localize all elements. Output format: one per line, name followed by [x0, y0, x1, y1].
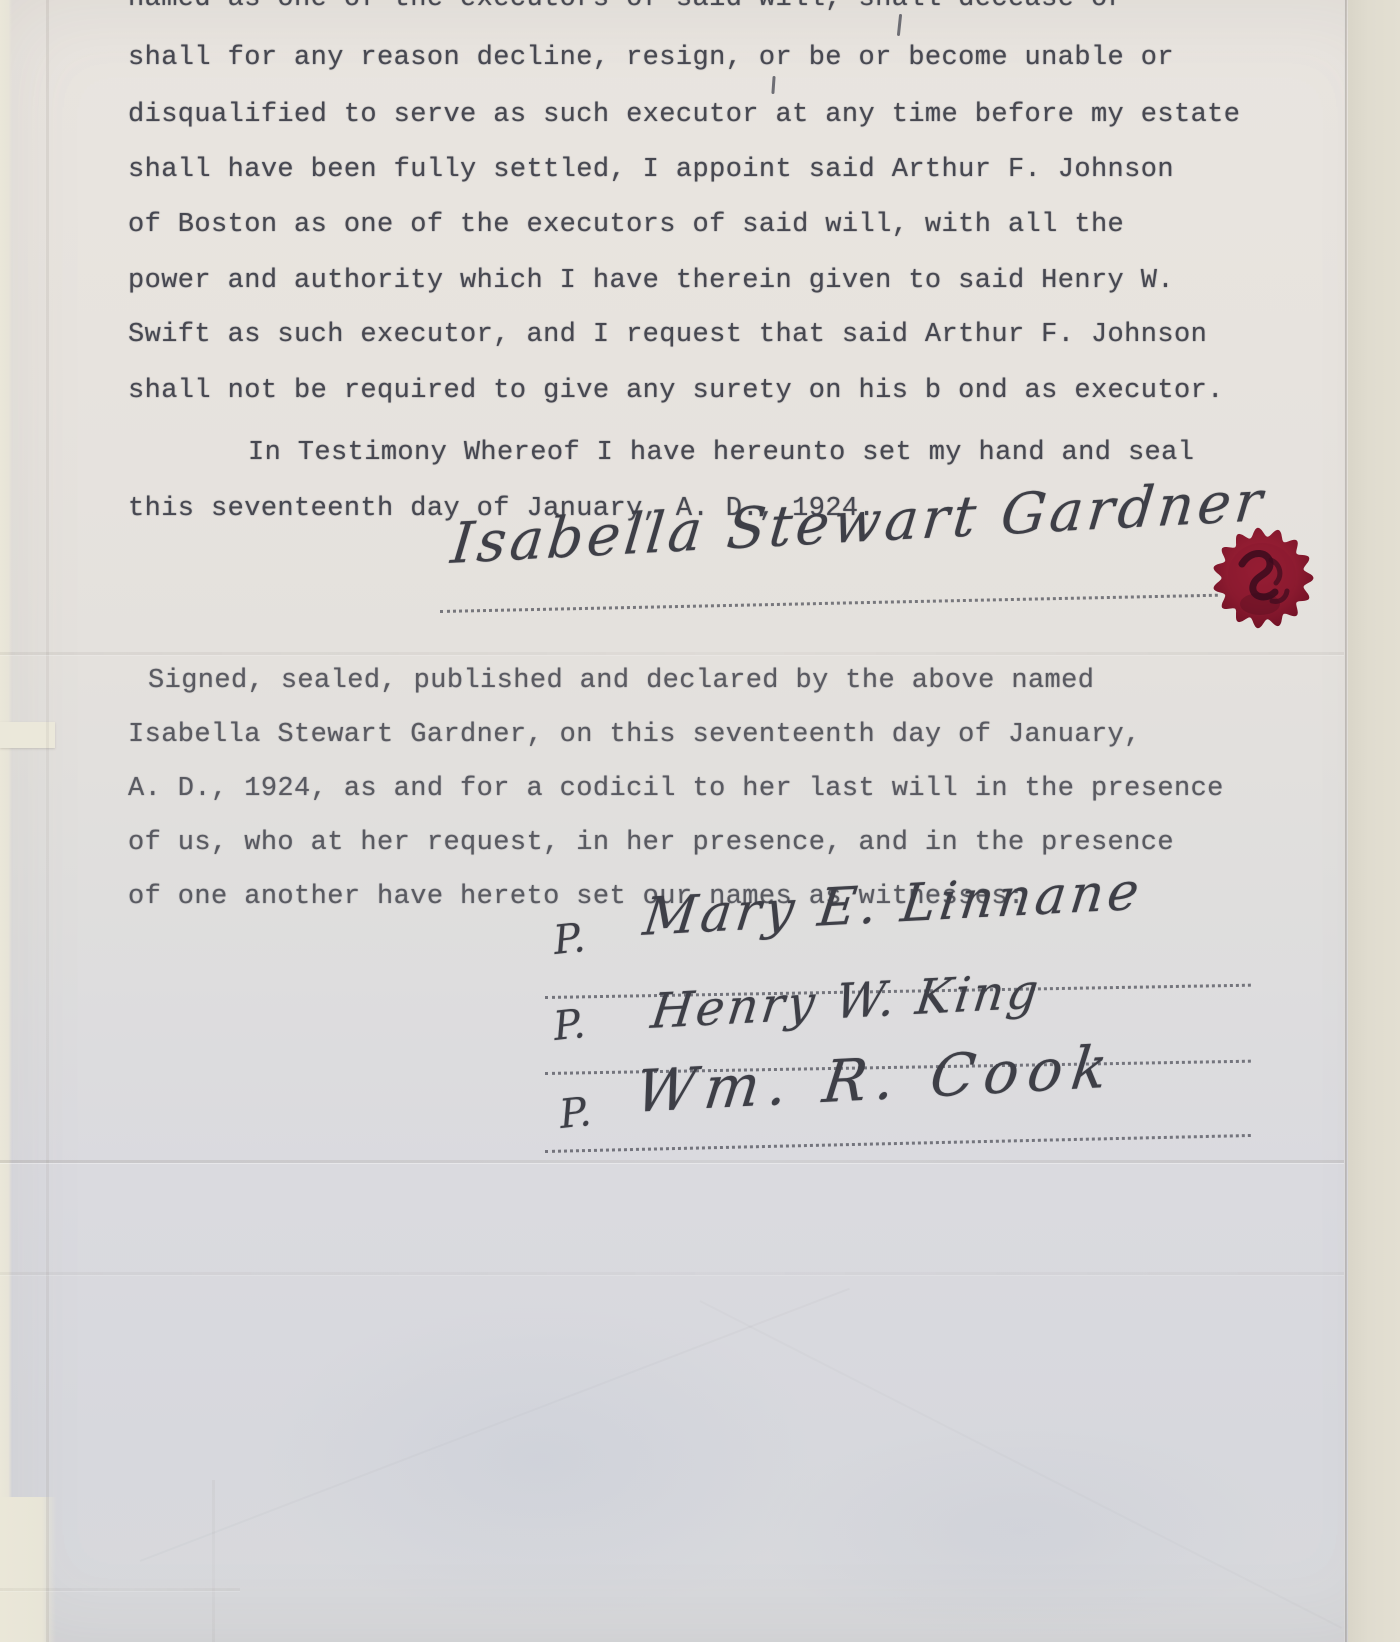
principal-signature: Isabella Stewart Gardner	[448, 469, 1269, 577]
signature-line	[440, 594, 1218, 613]
scanned-codicil-page: named as one of the executors of said wi…	[0, 0, 1400, 1642]
typed-line: disqualified to serve as such executor a…	[128, 100, 1240, 130]
witness-line	[545, 1134, 1251, 1153]
paper-left-edge	[0, 0, 12, 1642]
fold-crease-horizontal-upper	[0, 652, 1344, 655]
stray-ink-tick	[771, 76, 775, 94]
paper-edge-notch	[0, 722, 55, 748]
stray-ink-tick	[897, 14, 902, 36]
paper-right-background	[1348, 0, 1400, 1642]
typed-line: shall have been fully settled, I appoint…	[128, 155, 1174, 185]
fold-crease-vertical	[46, 0, 49, 1642]
typed-line: named as one of the executors of said wi…	[128, 0, 1124, 14]
testimony-line: In Testimony Whereof I have hereunto set…	[248, 438, 1194, 468]
paper-right-edge	[1344, 0, 1347, 1642]
attestation-line: Signed, sealed, published and declared b…	[148, 666, 1094, 696]
typed-line: power and authority which I have therein…	[128, 266, 1174, 296]
corner-crease-vertical	[212, 1480, 215, 1642]
fold-crease-horizontal-lower	[0, 1160, 1344, 1163]
typed-line: Swift as such executor, and I request th…	[128, 320, 1207, 350]
witness-prefix: P.	[557, 1089, 593, 1138]
witness-signature: Mary E. Linnane	[640, 861, 1146, 948]
paper-stain	[260, 1300, 820, 1620]
attestation-line: A. D., 1924, as and for a codicil to her…	[128, 774, 1224, 804]
fold-crease-diagonal	[700, 1300, 1342, 1629]
fold-crease-diagonal	[140, 1288, 850, 1562]
fold-crease-horizontal-faint	[0, 1272, 1344, 1275]
typed-line: of Boston as one of the executors of sai…	[128, 210, 1124, 240]
witness-prefix: P.	[551, 915, 587, 964]
paper-stain	[760, 1420, 1280, 1640]
witness-prefix: P.	[551, 1001, 587, 1050]
typed-line: shall for any reason decline, resign, or…	[128, 43, 1174, 73]
red-wax-seal	[1208, 520, 1318, 636]
typed-line: shall not be required to give any surety…	[128, 376, 1224, 406]
attestation-line: of us, who at her request, in her presen…	[128, 828, 1174, 858]
witness-signature: Henry W. King	[648, 963, 1044, 1040]
attestation-line: Isabella Stewart Gardner, on this sevent…	[128, 720, 1141, 750]
wax-seal-graphic	[1208, 520, 1318, 636]
witness-signature: Wm. R. Cook	[632, 1032, 1120, 1126]
paper-bottom-left-edge	[0, 1497, 56, 1642]
